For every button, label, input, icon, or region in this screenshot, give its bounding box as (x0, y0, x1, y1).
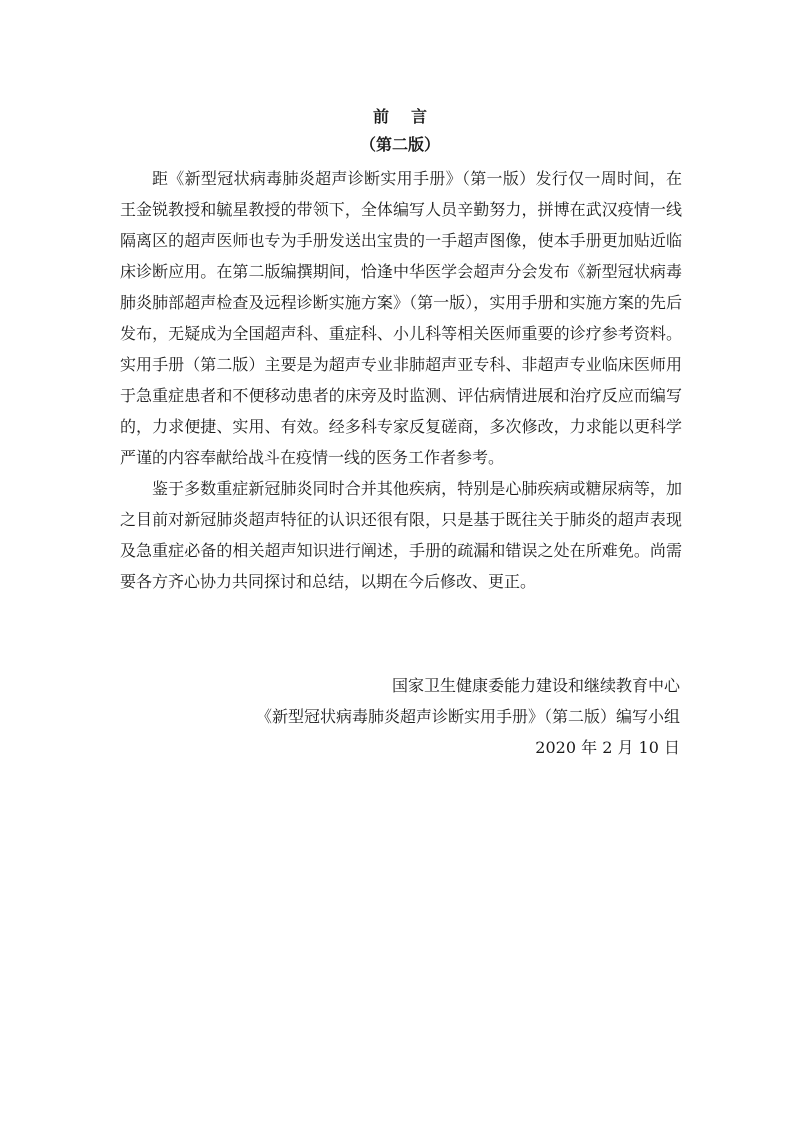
text-line: 发布，无疑成为全国超声科、重症科、小儿科等相关医师重要的诊疗参考资料。 (120, 318, 682, 349)
paragraph-2: 鉴于多数重症新冠肺炎同时合并其他疾病，特别是心肺疾病或糖尿病等，加 之目前对新冠… (120, 473, 682, 597)
page-title: 前言 (0, 104, 800, 127)
text-line: 于急重症患者和不便移动患者的床旁及时监测、评估病情进展和治疗反应而编写 (120, 380, 682, 411)
text-line: 王金锐教授和毓星教授的带领下，全体编写人员辛勤努力，拼博在武汉疫情一线 (120, 194, 682, 225)
preface-body: 距《新型冠状病毒肺炎超声诊断实用手册》（第一版）发行仅一周时间，在 王金锐教授和… (120, 163, 682, 597)
document-page: 前言 （第二版） 距《新型冠状病毒肺炎超声诊断实用手册》（第一版）发行仅一周时间… (0, 0, 800, 1131)
text-line: 的，力求便捷、实用、有效。经多科专家反复磋商，多次修改，力求能以更科学 (120, 411, 682, 442)
text-line: 严谨的内容奉献给战斗在疫情一线的医务工作者参考。 (120, 442, 682, 473)
paragraph-1: 距《新型冠状病毒肺炎超声诊断实用手册》（第一版）发行仅一周时间，在 王金锐教授和… (120, 163, 682, 473)
text-line: 隔离区的超声医师也专为手册发送出宝贵的一手超声图像，使本手册更加贴近临 (120, 225, 682, 256)
signature-group: 《新型冠状病毒肺炎超声诊断实用手册》（第二版）编写小组 (256, 701, 680, 732)
text-line: 要各方齐心协力共同探讨和总结，以期在今后修改、更正。 (120, 566, 682, 597)
text-line: 床诊断应用。在第二版编撰期间，恰逢中华医学会超声分会发布《新型冠状病毒 (120, 256, 682, 287)
title-char-2: 言 (411, 107, 427, 126)
text-line: 实用手册（第二版）主要是为超声专业非肺超声亚专科、非超声专业临床医师用 (120, 349, 682, 380)
signature-block: 国家卫生健康委能力建设和继续教育中心 《新型冠状病毒肺炎超声诊断实用手册》（第二… (256, 670, 680, 763)
text-line: 距《新型冠状病毒肺炎超声诊断实用手册》（第一版）发行仅一周时间，在 (120, 163, 682, 194)
title-char-1: 前 (373, 107, 389, 126)
text-line: 之目前对新冠肺炎超声特征的认识还很有限，只是基于既往关于肺炎的超声表现 (120, 504, 682, 535)
signature-organization: 国家卫生健康委能力建设和继续教育中心 (256, 670, 680, 701)
text-line: 肺炎肺部超声检查及远程诊断实施方案》（第一版），实用手册和实施方案的先后 (120, 287, 682, 318)
text-line: 及急重症必备的相关超声知识进行阐述，手册的疏漏和错误之处在所难免。尚需 (120, 535, 682, 566)
edition-subtitle: （第二版） (0, 132, 800, 155)
signature-date: 2020 年 2 月 10 日 (256, 732, 680, 763)
text-line: 鉴于多数重症新冠肺炎同时合并其他疾病，特别是心肺疾病或糖尿病等，加 (120, 473, 682, 504)
